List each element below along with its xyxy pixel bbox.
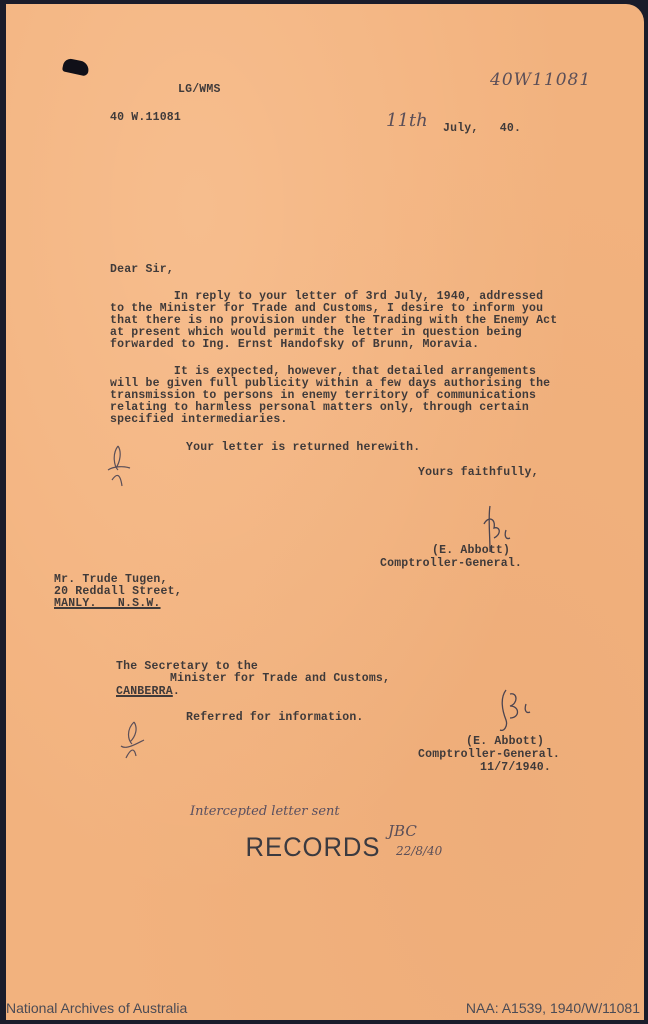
referral-city: CANBERRA	[116, 685, 173, 698]
handwritten-file-number: 40W11081	[490, 70, 591, 90]
paragraph-3: Your letter is returned herewith.	[186, 442, 420, 455]
punch-hole	[62, 57, 90, 76]
typed-date: July, 40.	[443, 123, 521, 136]
footer-citation: NAA: A1539, 1940/W/11081	[466, 1000, 640, 1016]
salutation: Dear Sir,	[110, 264, 174, 277]
file-number: 40 W.11081	[110, 112, 181, 125]
handwritten-date-day: 11th	[386, 110, 428, 131]
referral-note: Referred for information.	[186, 712, 364, 725]
referral-date: 11/7/1940.	[480, 762, 551, 775]
referral-city-suffix: .	[173, 685, 180, 698]
records-stamp: RECORDS	[246, 832, 381, 863]
paragraph-line: forwarded to Ing. Ernst Handofsky of Bru…	[110, 339, 479, 352]
document-page: LG/WMS 40 W.11081 40W11081 11th July, 40…	[6, 4, 644, 1020]
stamp-date: 22/8/40	[396, 844, 442, 858]
signature-icon	[496, 686, 542, 736]
handwritten-note: Intercepted letter sent	[190, 804, 340, 819]
signatory-title: Comptroller-General.	[380, 558, 522, 571]
referral-line: Minister for Trade and Customs,	[170, 673, 390, 686]
referral-line: CANBERRA.	[116, 686, 180, 699]
paragraph-line: specified intermediaries.	[110, 414, 288, 427]
signatory-name: (E. Abbott)	[432, 545, 510, 558]
reference-initials: LG/WMS	[178, 84, 221, 97]
initials-mark-icon	[104, 444, 134, 490]
footer-archive-name: National Archives of Australia	[6, 1000, 187, 1016]
addressee-line: MANLY. N.S.W.	[54, 598, 161, 611]
referral-signatory-title: Comptroller-General.	[418, 749, 560, 762]
stamp-initials: JBC	[388, 822, 417, 840]
initials-mark-icon	[118, 720, 148, 762]
closing: Yours faithfully,	[418, 467, 539, 480]
referral-signatory-name: (E. Abbott)	[466, 736, 544, 749]
